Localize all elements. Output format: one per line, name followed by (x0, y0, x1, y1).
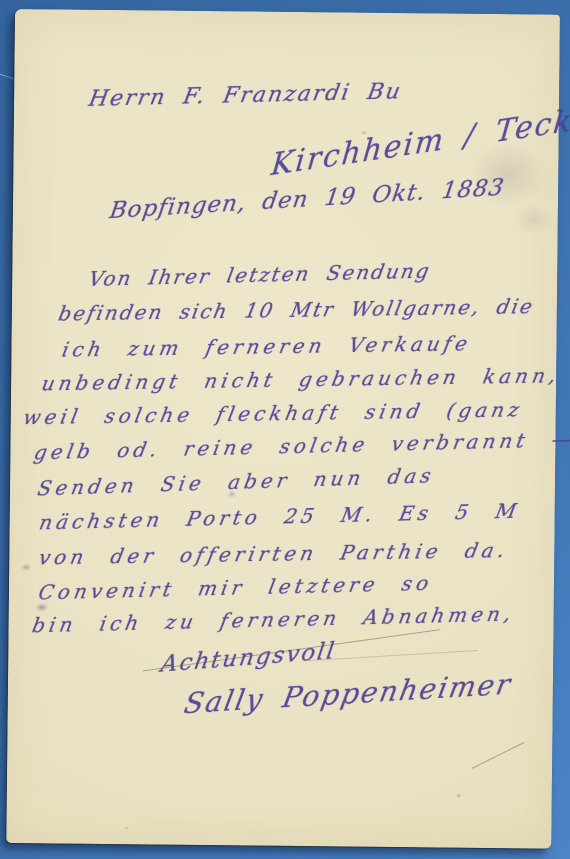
body-line-5: weil solche fleckhaft sind (ganz (21, 397, 525, 429)
body-line-7: Senden Sie aber nun das (36, 463, 437, 500)
postcard: Herrn F. Franzardi Bu Kirchheim / Teck B… (6, 9, 560, 849)
pencil-flourish-tail (472, 742, 524, 769)
body-line-9: von der offerirten Parthie da. (37, 538, 511, 569)
body-line-1: Von Ihrer letzten Sendung (87, 258, 433, 290)
body-line-11: bin ich zu ferneren Abnahmen, (30, 601, 517, 637)
body-line-2: befinden sich 10 Mtr Wollgarne, die (56, 294, 536, 326)
address-line-2: Kirchheim / Teck (270, 103, 570, 183)
body-line-6: gelb od. reine solche verbrannt — (32, 427, 570, 464)
closing-salutation: Achtungsvoll (159, 638, 338, 678)
address-line-1: Herrn F. Franzardi Bu (87, 79, 405, 112)
dateline: Bopfingen, den 19 Okt. 1883 (108, 174, 506, 224)
signature: Sally Poppenheimer (182, 667, 515, 720)
scanned-postcard-photo: Herrn F. Franzardi Bu Kirchheim / Teck B… (0, 0, 570, 859)
body-line-10: Convenirt mir letztere so (37, 571, 435, 605)
body-line-8: nächsten Porto 25 M. Es 5 M (37, 498, 522, 534)
body-line-4: unbedingt nicht gebrauchen kann, (40, 363, 562, 395)
body-line-3: ich zum ferneren Verkaufe (60, 331, 474, 361)
